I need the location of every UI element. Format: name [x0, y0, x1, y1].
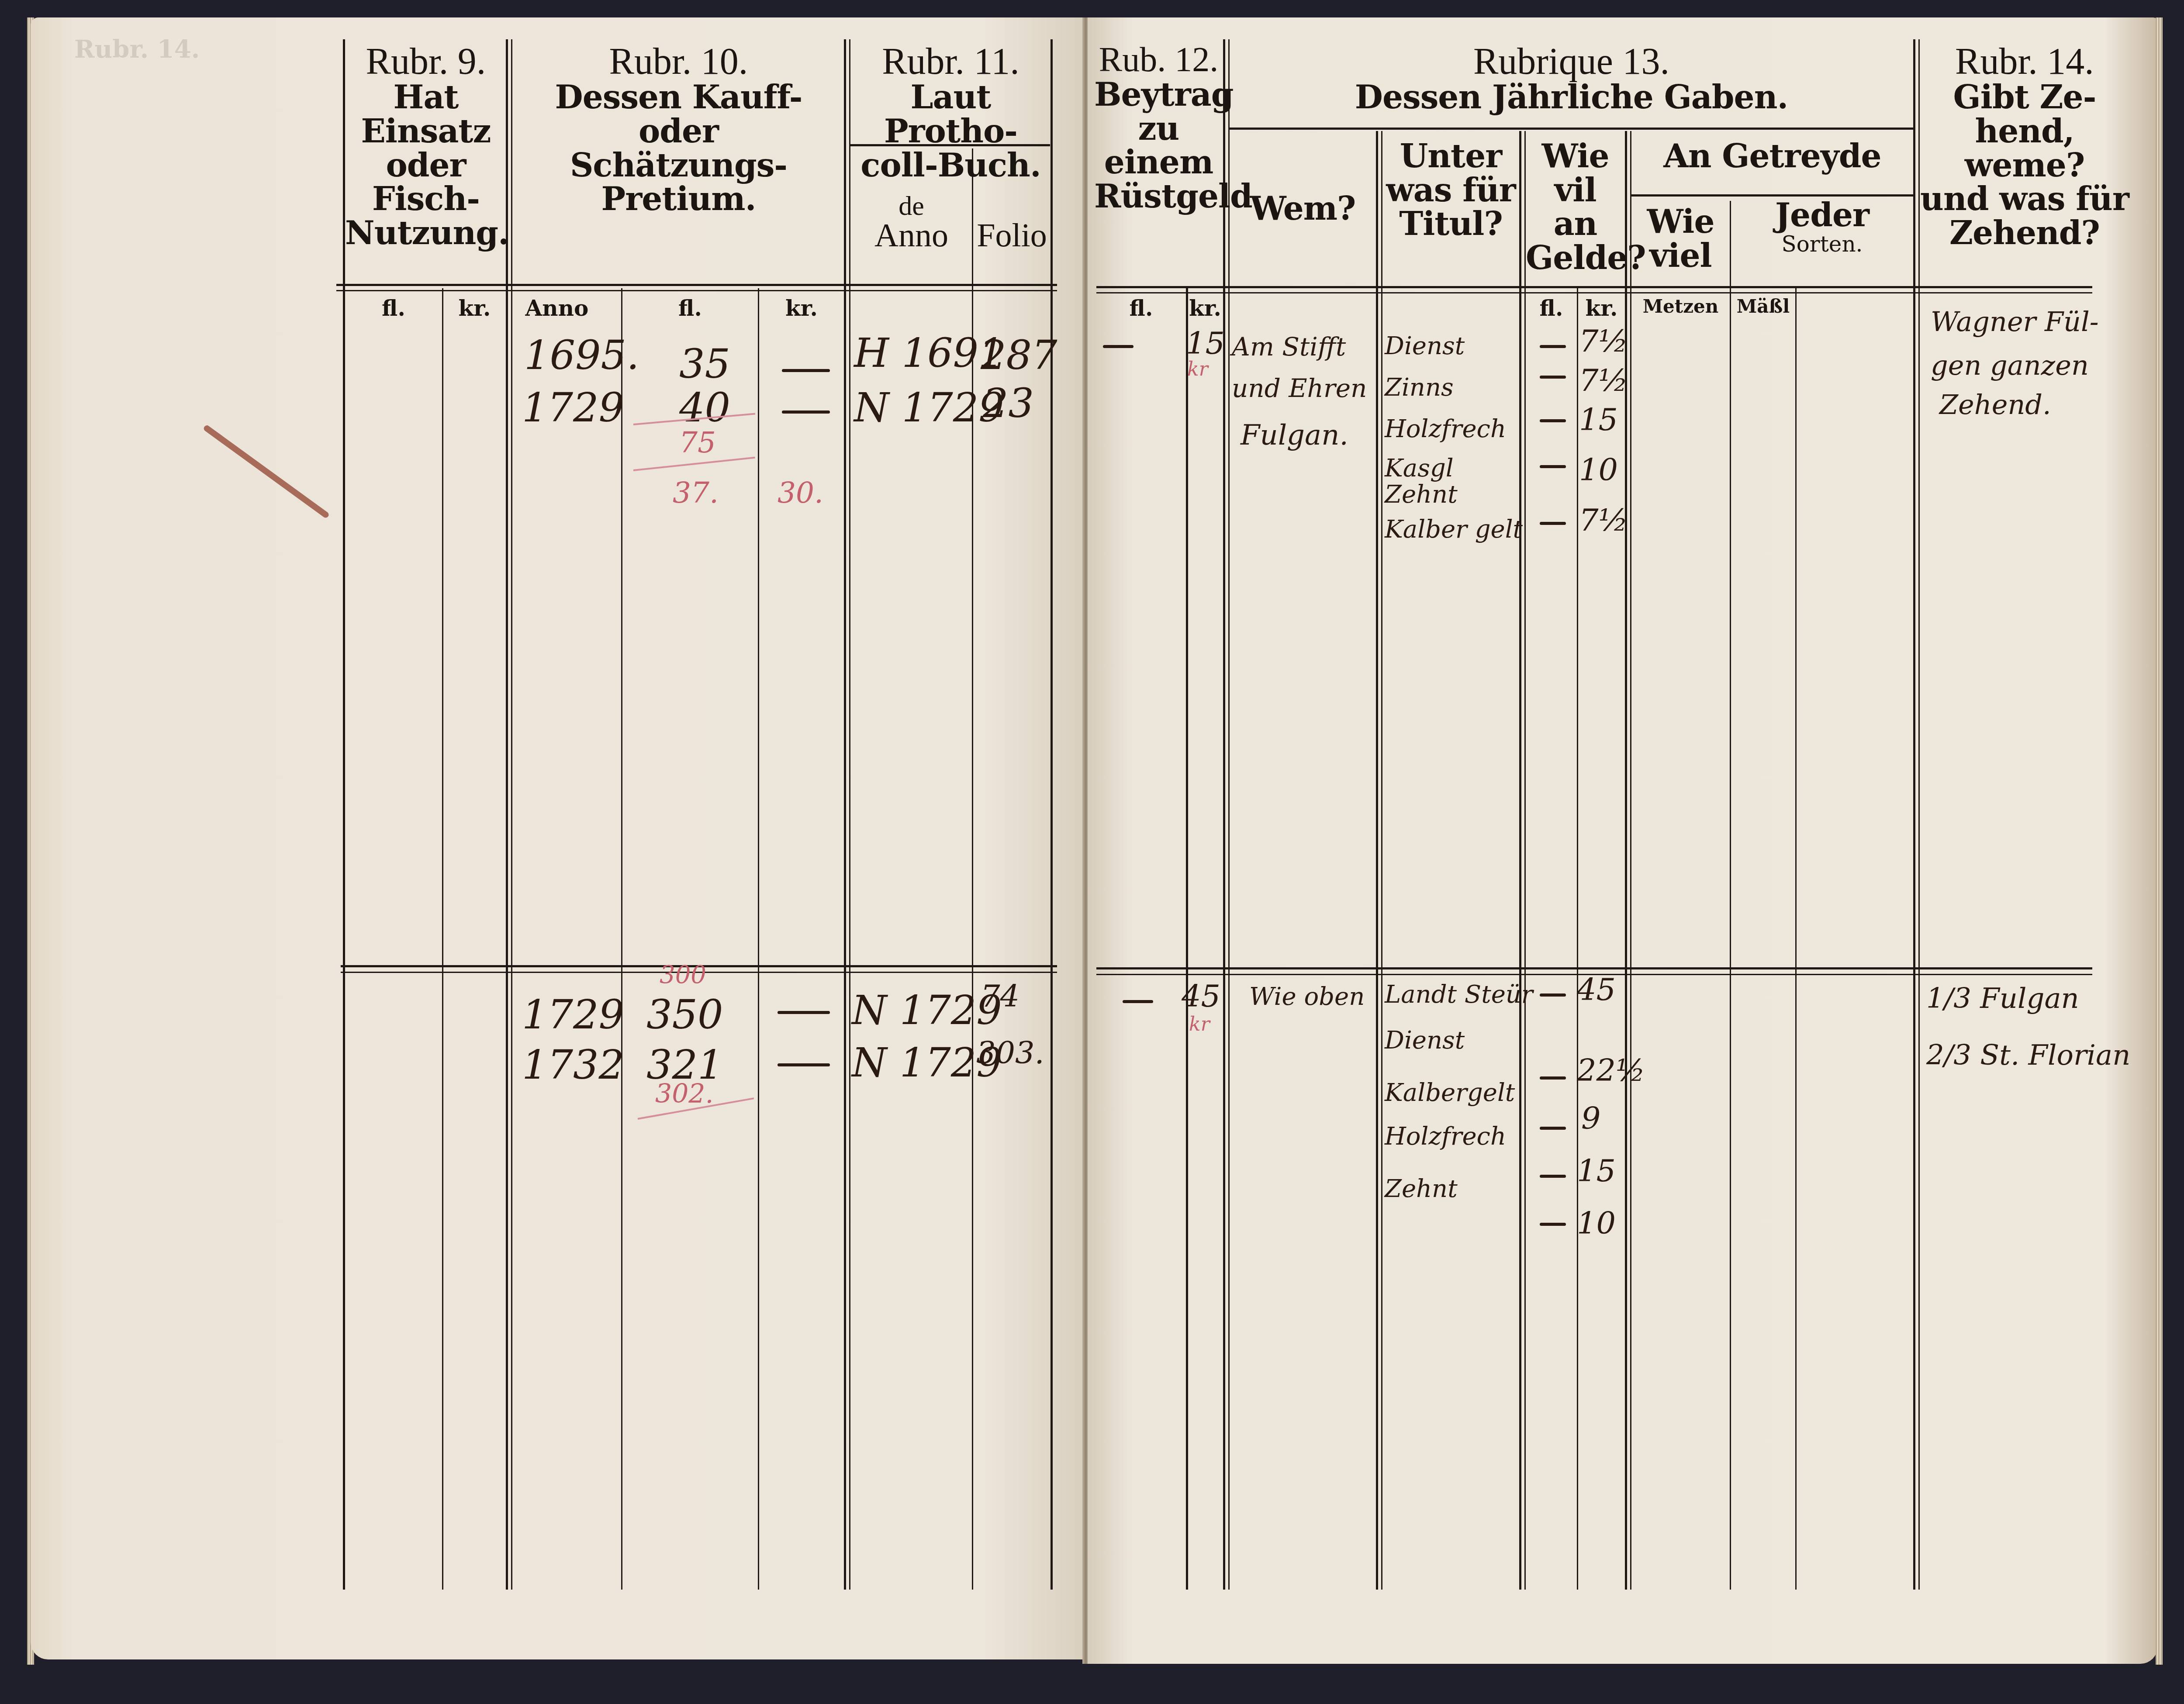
- e2-protocol-anno-1: N 1729: [852, 987, 1002, 1034]
- rubr11-de: de: [851, 192, 972, 221]
- rubr13-geld-fl: fl.: [1526, 297, 1577, 320]
- rule-double: [511, 39, 512, 1590]
- rubr9-header: Rubr. 9. Hat Einsatz oder Fisch- Nutzung…: [345, 41, 507, 251]
- e1-protocol-anno-2: N 1729: [854, 384, 1004, 431]
- rubr12-header: Rub. 12. Beytrag zu einem Rüstgeld: [1094, 41, 1223, 214]
- e1-geld-fl-dash: [1540, 376, 1566, 379]
- rubr13-geld-kr: kr.: [1578, 297, 1625, 320]
- rubr12-kr: kr.: [1187, 297, 1223, 320]
- header-rule: [1096, 292, 2092, 293]
- e2-folio-1: 74: [981, 978, 1019, 1014]
- e2-fl-1: 350: [646, 991, 723, 1038]
- subheader-rule: [1228, 128, 1913, 130]
- e1-red-half-kr: 30.: [778, 476, 823, 510]
- e2-geld-fl-dash: [1540, 1076, 1566, 1080]
- rubr11-folio: Folio: [973, 218, 1051, 253]
- e2-kr-dash: [778, 1011, 830, 1014]
- rubr13-wieviel: Wie viel: [1631, 205, 1730, 273]
- e1-zehend-1: Wagner Fül-: [1931, 306, 2099, 338]
- e1-titul-4: Kasgl: [1385, 454, 1454, 483]
- rubr13-geld: Wie vil an Gelde?: [1526, 140, 1625, 276]
- rubr11-title: Rubr. 11.: [851, 41, 1051, 81]
- book-edge-right: [2156, 17, 2163, 1665]
- e2-geld-fl-dash: [1540, 1127, 1566, 1130]
- rule: [1795, 288, 1797, 1590]
- e1-rubr12-fl-dash: [1103, 345, 1133, 348]
- rule-double: [1376, 131, 1378, 1590]
- e1-kr-dash: [782, 410, 830, 414]
- rubr13-massl: Mäßl: [1731, 297, 1795, 316]
- subheader-rule: [1630, 194, 1913, 197]
- e1-geld-kr-4: 10: [1579, 452, 1618, 488]
- e2-red-top: 300: [660, 961, 706, 989]
- rule: [1186, 288, 1188, 1590]
- e2-titul-3: Kalbergelt: [1385, 1079, 1515, 1107]
- rule-double: [506, 39, 508, 1590]
- e2-red-bottom: 302.: [655, 1079, 714, 1109]
- e1-zehend-2: gen ganzen: [1931, 349, 2089, 381]
- rule: [1577, 288, 1578, 1590]
- e2-folio-2: 303.: [976, 1035, 1044, 1071]
- e2-geld-fl-dash: [1540, 993, 1566, 997]
- rubr13-metzen: Metzen: [1631, 297, 1730, 316]
- e1-geld-kr-3: 15: [1579, 402, 1618, 438]
- rule: [758, 288, 759, 1590]
- rule-double: [1524, 131, 1526, 1590]
- rubr11-anno: Anno: [851, 218, 972, 253]
- e1-geld-kr-1: 7½: [1579, 323, 1628, 359]
- e1-zehend-3: Zehend.: [1939, 389, 2051, 421]
- rule: [343, 39, 345, 1590]
- e1-geld-fl-dash: [1540, 522, 1566, 525]
- e1-anno-1: 1695.: [524, 332, 639, 379]
- rubr9-title: Rubr. 9.: [345, 41, 507, 81]
- header-rule: [336, 284, 1057, 286]
- header-rule: [1096, 286, 2092, 288]
- e2-geld-kr-5: 10: [1577, 1205, 1616, 1241]
- e1-wem-3: Fulgan.: [1241, 419, 1348, 452]
- entry-separator: [1096, 967, 2092, 969]
- header-rule: [336, 290, 1057, 291]
- rule: [1051, 39, 1053, 1590]
- rubr13-title: Rubrique 13.: [1230, 41, 1913, 81]
- rubr12-title: Rub. 12.: [1094, 41, 1223, 78]
- rubr9-fl: fl.: [345, 297, 442, 320]
- e2-titul-2: Dienst: [1385, 1026, 1465, 1055]
- rule-double: [1228, 39, 1230, 1590]
- e1-titul-5: Zehnt: [1385, 480, 1458, 509]
- e2-geld-kr-1: 45: [1577, 972, 1616, 1007]
- e2-geld-fl-dash: [1540, 1223, 1566, 1226]
- rubr13-wem: Wem?: [1230, 192, 1376, 226]
- rubr9-kr: kr.: [443, 297, 506, 320]
- e1-titul-6: Kalber gelt: [1385, 515, 1523, 544]
- e2-zehend-2: 2/3 St. Florian: [1926, 1039, 2130, 1072]
- e1-kr-dash: [782, 369, 830, 372]
- rule-double: [1519, 131, 1521, 1590]
- e2-rubr12-red-kr: kr: [1189, 1013, 1210, 1035]
- e1-geld-fl-dash: [1540, 465, 1566, 468]
- rubr14-title: Rubr. 14.: [1920, 41, 2129, 81]
- rubr11-header: Rubr. 11. Laut Protho- coll-Buch.: [851, 41, 1051, 183]
- e2-titul-5: Zehnt: [1385, 1175, 1458, 1203]
- e2-geld-kr-4: 15: [1577, 1153, 1616, 1189]
- e1-folio-2: 23: [983, 380, 1034, 427]
- rubr10-anno: Anno: [513, 297, 601, 320]
- e1-fl-1: 35: [679, 341, 730, 387]
- rule-double: [1223, 39, 1225, 1590]
- rubr13-sorten: Jeder Sorten.: [1731, 199, 1913, 255]
- e1-red-total: 75: [679, 426, 716, 459]
- e1-rubr12-kr: 15: [1186, 325, 1225, 361]
- rubr10-kr: kr.: [759, 297, 844, 320]
- e1-fl-2: 40: [679, 384, 730, 431]
- left-page: [31, 17, 1085, 1659]
- e1-folio-1: 287: [981, 332, 1057, 379]
- e1-rubr12-red-kr: kr: [1187, 358, 1208, 380]
- e2-anno-2: 1732: [522, 1042, 624, 1088]
- e2-rubr12-kr: 45: [1182, 978, 1220, 1014]
- e1-geld-fl-dash: [1540, 345, 1566, 348]
- e1-titul-3: Holzfrech: [1385, 415, 1506, 443]
- rule: [442, 288, 443, 1590]
- rubr10-header: Rubr. 10. Dessen Kauff- oder Schätzungs-…: [513, 41, 844, 217]
- e1-geld-kr-5: 7½: [1579, 502, 1628, 538]
- rule-double: [1381, 131, 1382, 1590]
- e2-titul-4: Holzfrech: [1385, 1122, 1506, 1151]
- e2-zehend-1: 1/3 Fulgan: [1926, 983, 2079, 1015]
- rubr13-titul: Unter was für Titul?: [1382, 140, 1519, 241]
- e1-wem-1: Am Stifft: [1232, 332, 1346, 362]
- e1-anno-2: 1729: [522, 384, 624, 431]
- e1-titul-2: Zinns: [1385, 373, 1454, 402]
- e2-kr-dash: [778, 1063, 830, 1066]
- e1-titul-1: Dienst: [1385, 332, 1465, 360]
- rule: [621, 288, 622, 1590]
- e2-geld-kr-2: 22½: [1577, 1052, 1645, 1088]
- e1-red-half-fl: 37.: [673, 476, 719, 510]
- e2-titul-1: Landt Steür: [1385, 980, 1533, 1009]
- showthrough-title: Rubr. 14.: [74, 35, 200, 64]
- rubr13-getreyde: An Getreyde: [1631, 140, 1913, 174]
- rule-double: [849, 39, 850, 1590]
- e2-geld-kr-3: 9: [1581, 1100, 1601, 1136]
- rubr13-header: Rubrique 13. Dessen Jährliche Gaben.: [1230, 41, 1913, 115]
- rule-double: [1913, 39, 1915, 1590]
- e2-geld-fl-dash: [1540, 1175, 1566, 1178]
- e2-wem-1: Wie oben: [1249, 983, 1365, 1011]
- e2-anno-1: 1729: [522, 991, 624, 1038]
- rule-double: [1630, 131, 1631, 1590]
- rule-double: [1918, 39, 1920, 1590]
- e1-geld-fl-dash: [1540, 419, 1566, 422]
- rule: [1730, 201, 1731, 1590]
- rule-double: [844, 39, 846, 1590]
- rubr10-title: Rubr. 10.: [513, 41, 844, 81]
- rubr12-fl: fl.: [1096, 297, 1186, 320]
- rubr10-fl: fl.: [622, 297, 758, 320]
- e2-rubr12-fl-dash: [1123, 1000, 1153, 1003]
- e1-wem-2: und Ehren: [1232, 373, 1367, 403]
- rubr14-header: Rubr. 14. Gibt Ze- hend, weme? und was f…: [1920, 41, 2129, 251]
- e1-geld-kr-2: 7½: [1579, 362, 1628, 398]
